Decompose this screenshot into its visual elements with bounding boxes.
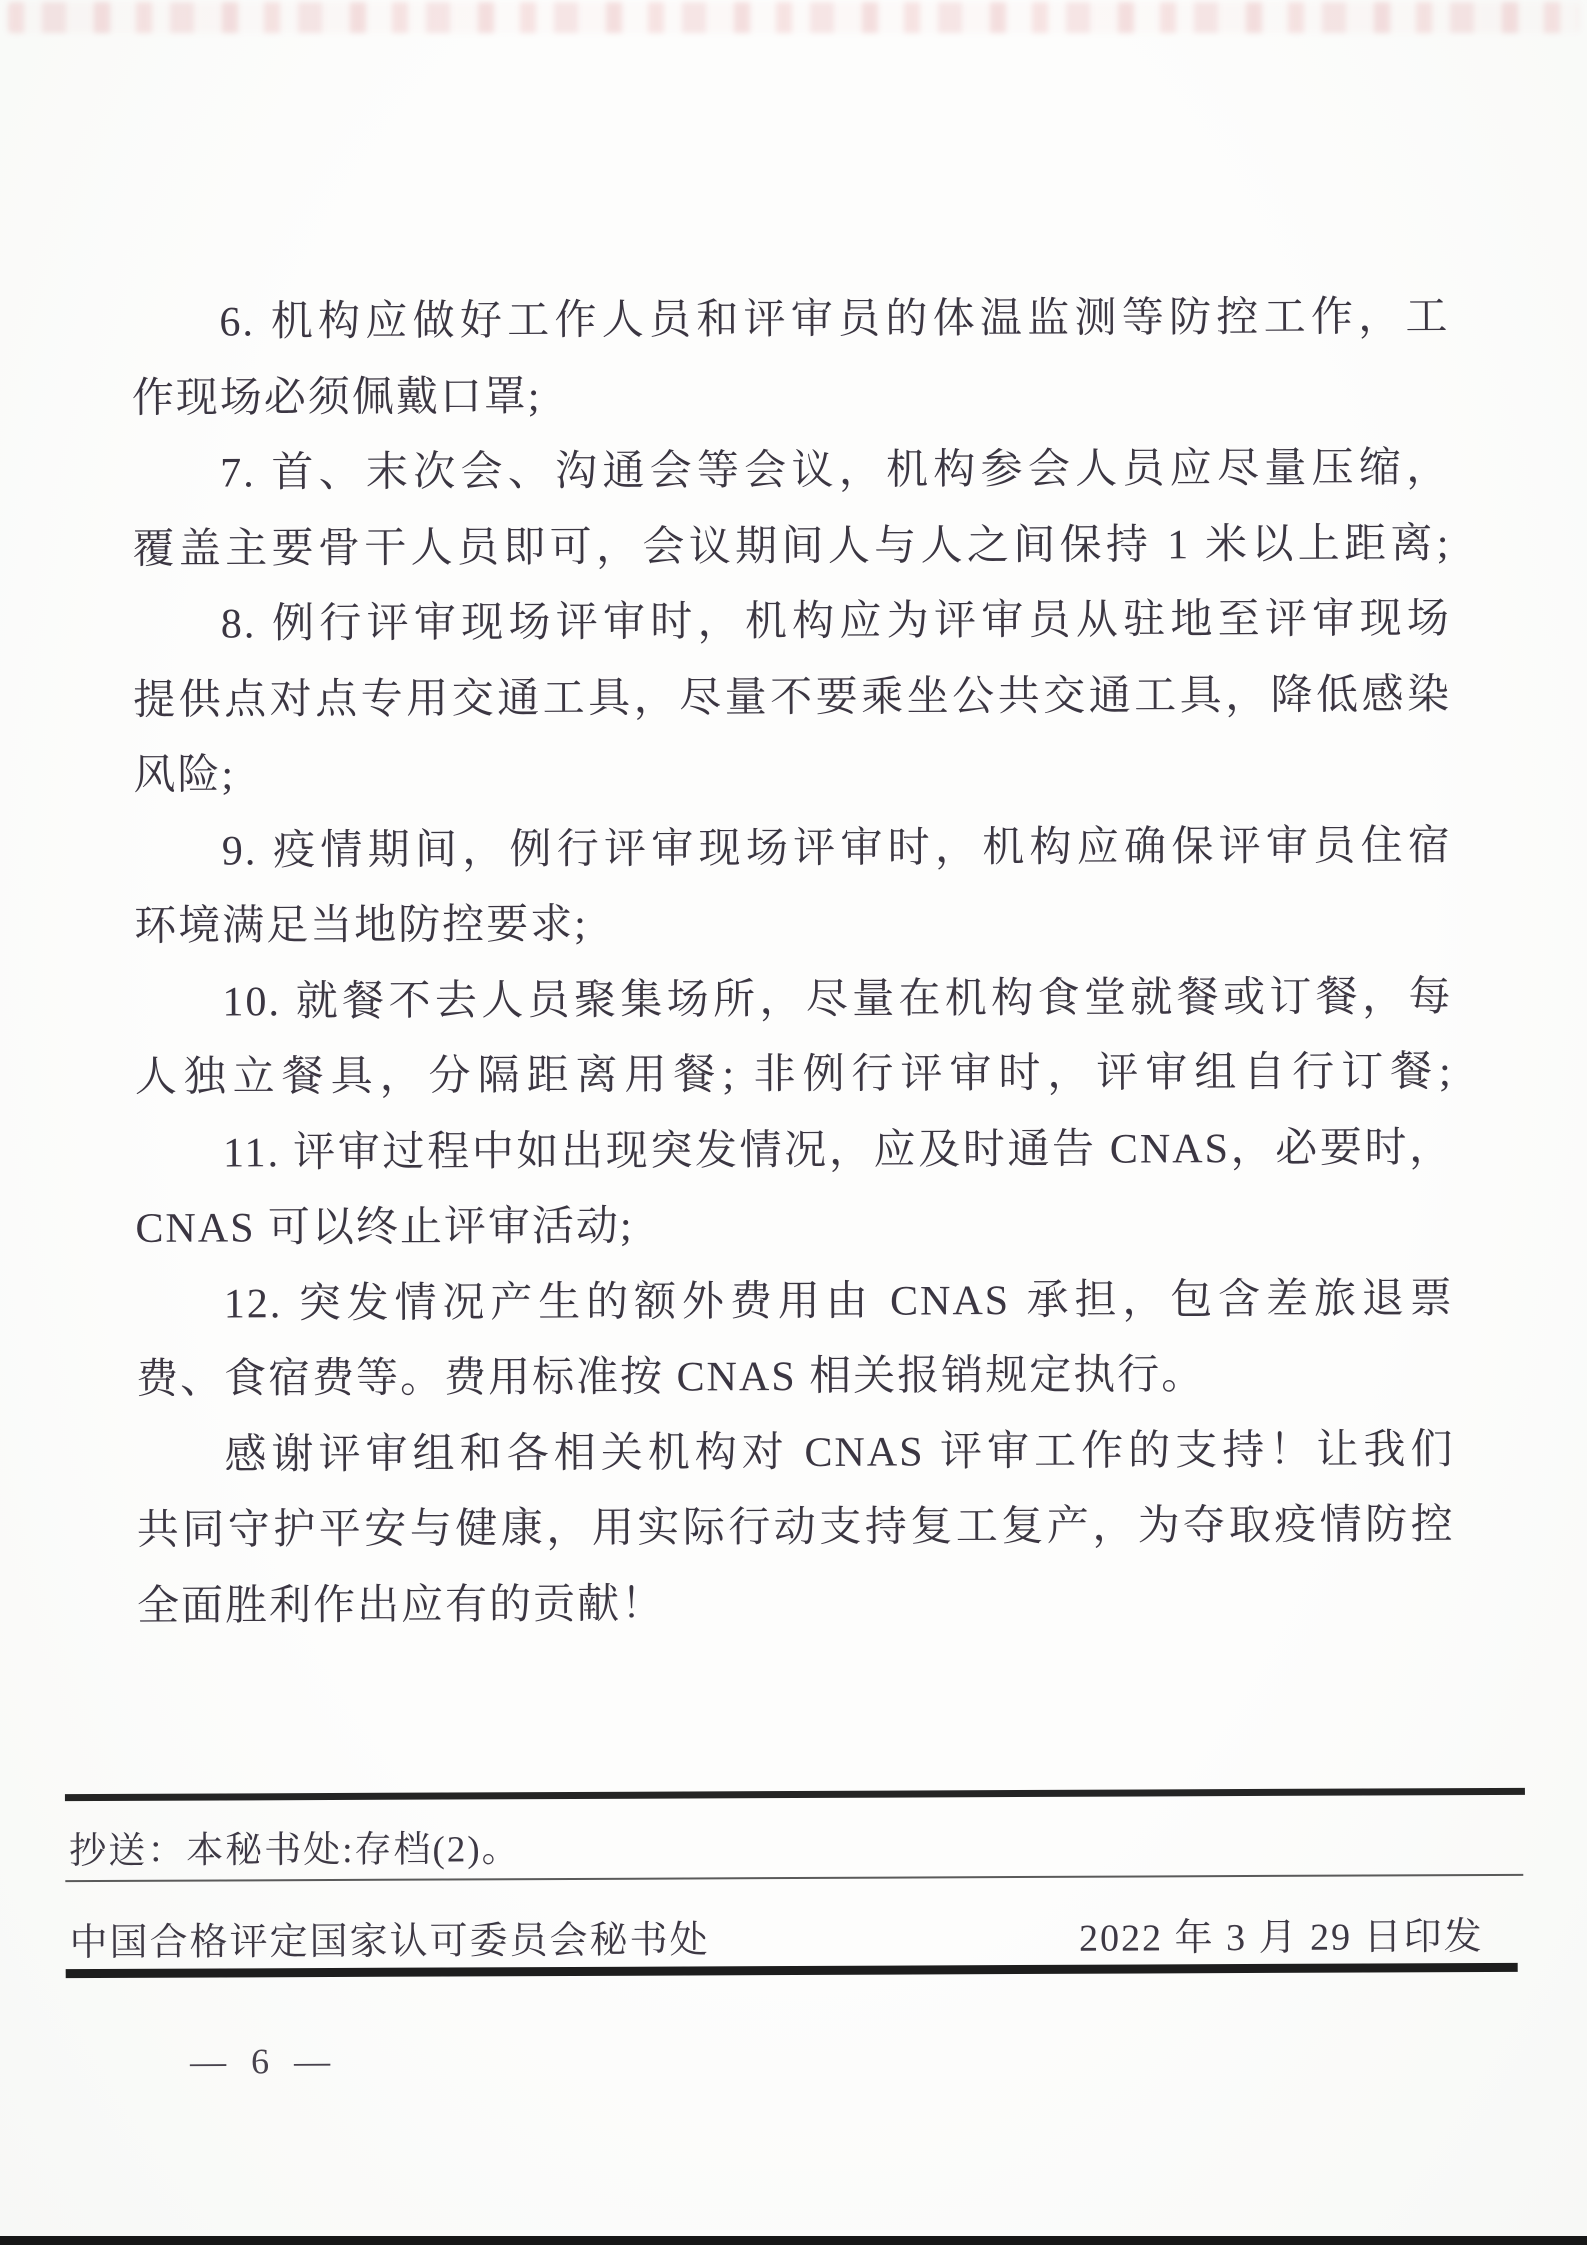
document-body: 6. 机构应做好工作人员和评审员的体温监测等防控工作，工 作现场必须佩戴口罩; … bbox=[131, 280, 1455, 1645]
body-line: 提供点对点专用交通工具，尽量不要乘坐公共交通工具，降低感染 bbox=[133, 658, 1451, 739]
body-line: 共同守护平安与健康，用实际行动支持复工复产，为夺取疫情防控 bbox=[137, 1488, 1455, 1569]
body-line: 风险; bbox=[133, 733, 1451, 814]
body-line: 人独立餐具，分隔距离用餐; 非例行评审时，评审组自行订餐; bbox=[135, 1035, 1453, 1116]
cc-line: 抄送：本秘书处:存档(2)。 bbox=[69, 1818, 521, 1874]
issue-date: 2022 年 3 月 29 日印发 bbox=[1079, 1905, 1484, 1962]
body-line: 6. 机构应做好工作人员和评审员的体温监测等防控工作，工 bbox=[131, 280, 1449, 361]
body-line: 作现场必须佩戴口罩; bbox=[132, 356, 1450, 437]
body-line: 环境满足当地防控要求; bbox=[134, 884, 1452, 965]
body-line: 覆盖主要骨干人员即可，会议期间人与人之间保持 1 米以上距离; bbox=[132, 507, 1450, 588]
paragraph-9: 9. 疫情期间，例行评审现场评审时，机构应确保评审员住宿 环境满足当地防控要求; bbox=[134, 809, 1453, 966]
body-line: 感谢评审组和各相关机构对 CNAS 评审工作的支持！让我们 bbox=[136, 1413, 1454, 1494]
body-line: 12. 突发情况产生的额外费用由 CNAS 承担，包含差旅退票 bbox=[136, 1262, 1454, 1343]
body-line: 8. 例行评审现场评审时，机构应为评审员从驻地至评审现场 bbox=[133, 582, 1451, 663]
paragraph-6: 6. 机构应做好工作人员和评审员的体温监测等防控工作，工 作现场必须佩戴口罩; bbox=[131, 280, 1450, 437]
closing-paragraph: 感谢评审组和各相关机构对 CNAS 评审工作的支持！让我们 共同守护平安与健康，… bbox=[136, 1413, 1455, 1645]
paragraph-12: 12. 突发情况产生的额外费用由 CNAS 承担，包含差旅退票 费、食宿费等。费… bbox=[136, 1262, 1455, 1419]
body-line: 10. 就餐不去人员聚集场所，尽量在机构食堂就餐或订餐，每 bbox=[134, 960, 1452, 1041]
document-page: 6. 机构应做好工作人员和评审员的体温监测等防控工作，工 作现场必须佩戴口罩; … bbox=[0, 0, 1587, 2245]
paragraph-7: 7. 首、末次会、沟通会等会议，机构参会人员应尽量压缩， 覆盖主要骨干人员即可，… bbox=[132, 431, 1451, 588]
footer-thin-rule bbox=[65, 1874, 1523, 1882]
body-line: 7. 首、末次会、沟通会等会议，机构参会人员应尽量压缩， bbox=[132, 431, 1450, 512]
issuer-name: 中国合格评定国家认可委员会秘书处 bbox=[69, 1908, 709, 1966]
body-line: CNAS 可以终止评审活动; bbox=[135, 1186, 1453, 1267]
body-line: 9. 疫情期间，例行评审现场评审时，机构应确保评审员住宿 bbox=[134, 809, 1452, 890]
body-line: 全面胜利作出应有的贡献！ bbox=[137, 1564, 1455, 1645]
body-line: 费、食宿费等。费用标准按 CNAS 相关报销规定执行。 bbox=[136, 1337, 1454, 1418]
page-number: — 6 — bbox=[190, 2040, 338, 2083]
paragraph-11: 11. 评审过程中如出现突发情况，应及时通告 CNAS，必要时， CNAS 可以… bbox=[135, 1111, 1454, 1268]
paragraph-10: 10. 就餐不去人员聚集场所，尽量在机构食堂就餐或订餐，每 人独立餐具，分隔距离… bbox=[134, 960, 1453, 1117]
scanned-content: 6. 机构应做好工作人员和评审员的体温监测等防控工作，工 作现场必须佩戴口罩; … bbox=[0, 0, 1587, 2245]
body-line: 11. 评审过程中如出现突发情况，应及时通告 CNAS，必要时， bbox=[135, 1111, 1453, 1192]
scan-bottom-edge bbox=[0, 2236, 1587, 2245]
issuer-row: 中国合格评定国家认可委员会秘书处 2022 年 3 月 29 日印发 bbox=[69, 1905, 1483, 1966]
paragraph-8: 8. 例行评审现场评审时，机构应为评审员从驻地至评审现场 提供点对点专用交通工具… bbox=[133, 582, 1452, 814]
footer-top-rule bbox=[65, 1788, 1525, 1801]
